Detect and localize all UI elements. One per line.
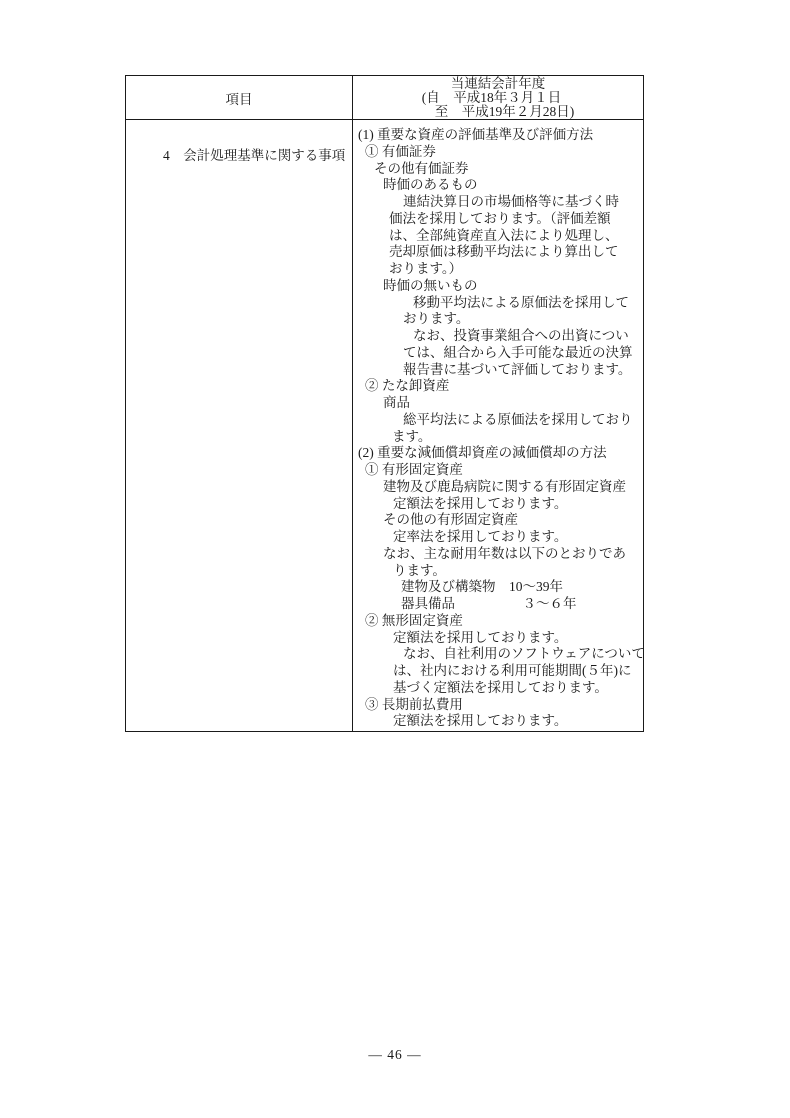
- policy-line: 器具備品 ３～６年: [401, 596, 645, 613]
- policy-line: 建物及び構築物 10～39年: [401, 579, 645, 596]
- policy-line: その他有価証券: [374, 161, 645, 178]
- policy-line: おります。）: [389, 261, 645, 278]
- policy-line: ① 有価証券: [365, 144, 645, 161]
- policy-line: ては、組合から入手可能な最近の決算: [403, 345, 645, 362]
- table-header-row: 項目 当連結会計年度 (自 平成18年３月１日 至 平成19年２月28日): [126, 76, 643, 120]
- policy-line: ① 有形固定資産: [365, 462, 645, 479]
- policy-line: 基づく定額法を採用しております。: [393, 680, 645, 697]
- policy-line: 商品: [383, 395, 645, 412]
- policy-line: ② 無形固定資産: [365, 613, 645, 630]
- policy-line: なお、投資事業組合への出資につい: [413, 328, 645, 345]
- policy-line: 定率法を採用しております。: [393, 529, 645, 546]
- policy-line: (2) 重要な減価償却資産の減価償却の方法: [358, 445, 645, 462]
- policy-line: ② たな卸資産: [365, 378, 645, 395]
- policy-line: なお、主な耐用年数は以下のとおりであ: [383, 546, 645, 563]
- policy-line: 売却原価は移動平均法により算出して: [389, 244, 645, 261]
- period-end-date: 至 平成19年２月28日): [422, 105, 575, 119]
- item-row-label: 4 会計処理基準に関する事項: [163, 148, 345, 163]
- table-body-row: 4 会計処理基準に関する事項 (1) 重要な資産の評価基準及び評価方法① 有価証…: [126, 120, 643, 731]
- policy-line: ます。: [392, 429, 645, 446]
- policy-line: (1) 重要な資産の評価基準及び評価方法: [358, 127, 645, 144]
- policy-line: 連結決算日の市場価格等に基づく時: [403, 194, 645, 211]
- policy-line: 定額法を採用しております。: [393, 713, 645, 730]
- accounting-policies-table: 項目 当連結会計年度 (自 平成18年３月１日 至 平成19年２月28日) 4 …: [125, 75, 644, 732]
- policy-line: は、社内における利用可能期間(５年)に: [393, 663, 645, 680]
- policy-line: は、全部純資産直入法により処理し、: [389, 228, 645, 245]
- policy-line: 時価のあるもの: [383, 177, 645, 194]
- period-date-range: (自 平成18年３月１日 至 平成19年２月28日): [422, 91, 575, 119]
- policy-line: おります。: [403, 311, 645, 328]
- policy-line: 価法を採用しております。（評価差額: [389, 211, 645, 228]
- body-cell-item: 4 会計処理基準に関する事項: [126, 120, 353, 731]
- policy-line: なお、自社利用のソフトウェアについて: [403, 646, 645, 663]
- policy-line: 総平均法による原価法を採用しており: [403, 412, 645, 429]
- policy-line: 建物及び鹿島病院に関する有形固定資産: [383, 479, 645, 496]
- policy-line: その他の有形固定資産: [383, 512, 645, 529]
- header-cell-period: 当連結会計年度 (自 平成18年３月１日 至 平成19年２月28日): [353, 76, 643, 119]
- policy-line: 報告書に基づいて評価しております。: [403, 362, 645, 379]
- document-page: 項目 当連結会計年度 (自 平成18年３月１日 至 平成19年２月28日) 4 …: [0, 0, 790, 1118]
- policy-line: 定額法を採用しております。: [393, 496, 645, 513]
- item-column-header: 項目: [226, 88, 253, 108]
- policy-line: ③ 長期前払費用: [365, 697, 645, 714]
- policy-line: ります。: [393, 563, 645, 580]
- policy-line: 時価の無いもの: [383, 278, 645, 295]
- policy-line: 定額法を採用しております。: [393, 630, 645, 647]
- policy-line: 移動平均法による原価法を採用して: [413, 295, 645, 312]
- page-number: — 46 —: [0, 1047, 790, 1063]
- policy-lines: (1) 重要な資産の評価基準及び評価方法① 有価証券その他有価証券時価のあるもの…: [353, 120, 648, 731]
- header-cell-item: 項目: [126, 76, 353, 119]
